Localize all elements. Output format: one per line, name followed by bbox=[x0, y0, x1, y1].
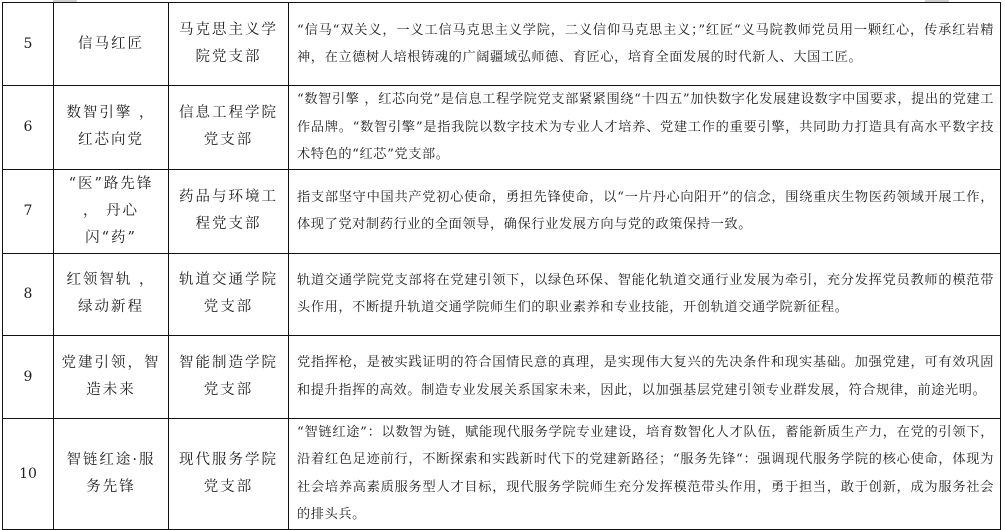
brand-description: “信马“双关义，一义工信马克思主义学院，二义信仰马克思主义；”红匠“义马院教师党… bbox=[289, 3, 1001, 86]
row-number: 6 bbox=[3, 86, 54, 170]
table-row: 6 数智引擎 ，红芯向党 信息工程学院党支部 “数智引擎 ，红芯向党”是信息工程… bbox=[3, 86, 1001, 170]
table-row: 8 红领智轨 ，绿动新程 轨道交通学院党支部 轨道交通学院党支部将在党建引领下，… bbox=[3, 253, 1001, 335]
table-row: 10 智链红途·服务先锋 现代服务学院党支部 “智链红途”：以数智为链，赋能现代… bbox=[3, 418, 1001, 529]
party-branch: 马克思主义学院党支部 bbox=[169, 3, 289, 86]
table-row: 9 党建引领，智造未来 智能制造学院党支部 党指挥枪，是被实践证明的符合国情民意… bbox=[3, 335, 1001, 418]
brand-description: “智链红途”：以数智为链，赋能现代服务学院专业建设，培育数智化人才队伍，蓄能新质… bbox=[289, 418, 1001, 529]
party-brand-table: 5 信马红匠 马克思主义学院党支部 “信马“双关义，一义工信马克思主义学院，二义… bbox=[2, 2, 1001, 530]
brand-name: “医”路先锋 ， 丹心闪“药” bbox=[54, 169, 169, 253]
row-number: 10 bbox=[3, 418, 54, 529]
party-branch: 智能制造学院党支部 bbox=[169, 335, 289, 418]
row-number: 5 bbox=[3, 3, 54, 86]
row-number: 9 bbox=[3, 335, 54, 418]
brand-description: 党指挥枪，是被实践证明的符合国情民意的真理，是实现伟大复兴的先决条件和现实基础。… bbox=[289, 335, 1001, 418]
party-branch: 轨道交通学院党支部 bbox=[169, 253, 289, 335]
brand-description: 轨道交通学院党支部将在党建引领下，以绿色环保、智能化轨道交通行业发展为牵引，充分… bbox=[289, 253, 1001, 335]
brand-description: “数智引擎 ，红芯向党”是信息工程学院党支部紧紧围绕“十四五”加快数字化发展建设… bbox=[289, 86, 1001, 170]
row-number: 7 bbox=[3, 169, 54, 253]
brand-name: 数智引擎 ，红芯向党 bbox=[54, 86, 169, 170]
brand-name: 党建引领，智造未来 bbox=[54, 335, 169, 418]
table-row: 7 “医”路先锋 ， 丹心闪“药” 药品与环境工程党支部 指支部坚守中国共产党初… bbox=[3, 169, 1001, 253]
row-number: 8 bbox=[3, 253, 54, 335]
brand-name: 红领智轨 ，绿动新程 bbox=[54, 253, 169, 335]
party-branch: 信息工程学院党支部 bbox=[169, 86, 289, 170]
party-branch: 药品与环境工程党支部 bbox=[169, 169, 289, 253]
brand-name: 智链红途·服务先锋 bbox=[54, 418, 169, 529]
brand-description: 指支部坚守中国共产党初心使命，勇担先锋使命，以“一片丹心向阳开”的信念，围绕重庆… bbox=[289, 169, 1001, 253]
brand-name: 信马红匠 bbox=[54, 3, 169, 86]
table-row: 5 信马红匠 马克思主义学院党支部 “信马“双关义，一义工信马克思主义学院，二义… bbox=[3, 3, 1001, 86]
party-branch: 现代服务学院党支部 bbox=[169, 418, 289, 529]
